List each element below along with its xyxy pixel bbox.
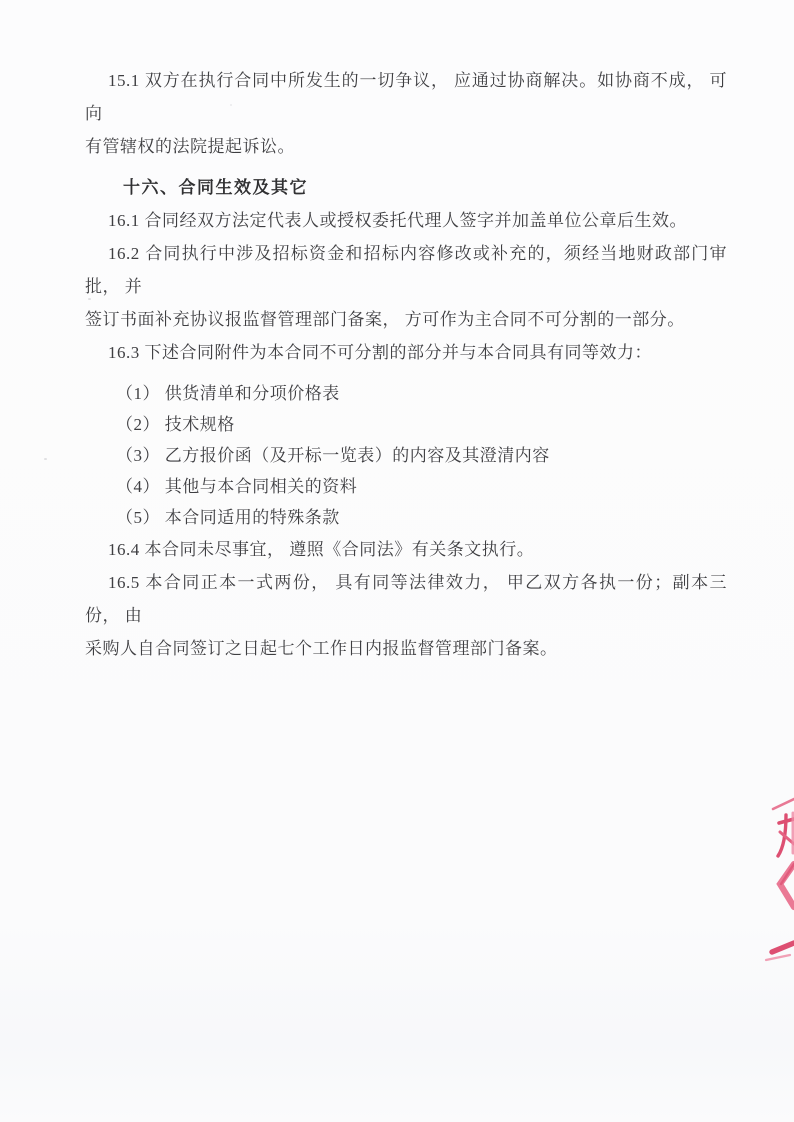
scanned-document-page: 15.1 双方在执行合同中所发生的一切争议， 应通过协商解决。如协商不成， 可向…: [0, 0, 794, 1122]
document-line: （2） 技术规格: [85, 409, 727, 440]
document-line: 16.5 本合同正本一式两份， 具有同等法律效力， 甲乙双方各执一份；副本三份，…: [85, 566, 727, 632]
document-line: 有管辖权的法院提起诉讼。: [85, 130, 727, 163]
document-line: （1） 供货清单和分项价格表: [85, 378, 727, 409]
document-line: 16.1 合同经双方法定代表人或授权委托代理人签字并加盖单位公章后生效。: [85, 204, 727, 237]
document-line: （5） 本合同适用的特殊条款: [85, 502, 727, 533]
document-line: 15.1 双方在执行合同中所发生的一切争议， 应通过协商解决。如协商不成， 可向: [85, 64, 727, 130]
scan-speck: [230, 104, 232, 106]
document-line: （4） 其他与本合同相关的资料: [85, 471, 727, 502]
scan-speck: [88, 298, 91, 300]
document-line: 16.2 合同执行中涉及招标资金和招标内容修改或补充的，须经当地财政部门审批， …: [85, 237, 727, 303]
document-text: 15.1 双方在执行合同中所发生的一切争议， 应通过协商解决。如协商不成， 可向…: [85, 64, 727, 665]
section-heading: 十六、合同生效及其它: [85, 171, 727, 204]
document-line: 16.3 下述合同附件为本合同不可分割的部分并与本合同具有同等效力：: [85, 336, 727, 369]
document-line: 签订书面补充协议报监督管理部门备案， 方可作为主合同不可分割的一部分。: [85, 303, 727, 336]
red-ink-stamp-fragment-icon: [754, 793, 794, 979]
document-line: 采购人自合同签订之日起七个工作日内报监督管理部门备案。: [85, 632, 727, 665]
document-line: （3） 乙方报价函（及开标一览表）的内容及其澄清内容: [85, 440, 727, 471]
scan-speck: [44, 458, 47, 460]
document-line: 16.4 本合同未尽事宜， 遵照《合同法》有关条文执行。: [85, 533, 727, 566]
